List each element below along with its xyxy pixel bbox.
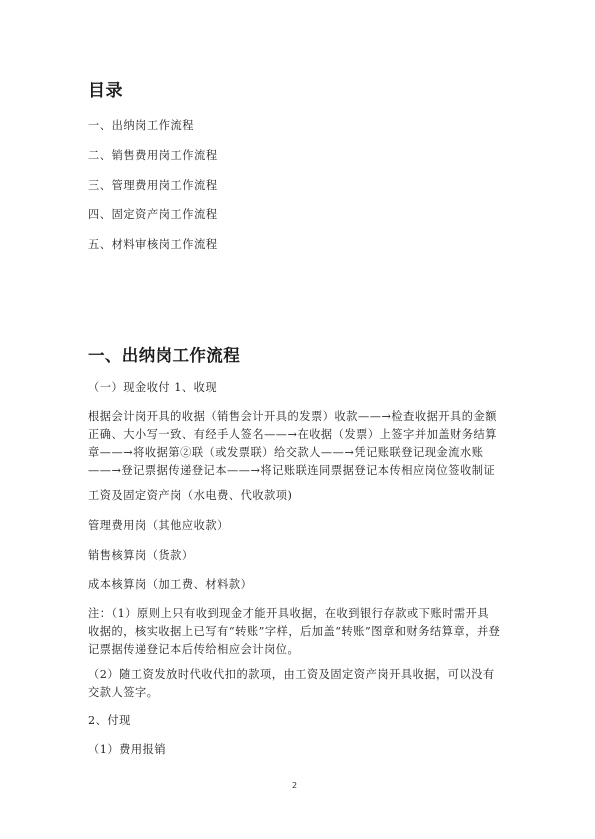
subheading: （一）现金收付 1、收现 bbox=[88, 379, 217, 397]
toc-item-2[interactable]: 二、销售费用岗工作流程 bbox=[88, 147, 218, 163]
post-admin-expenses: 管理费用岗（其他应收款） bbox=[88, 517, 229, 535]
toc-title: 目录 bbox=[88, 76, 123, 101]
flow-line-2: 正确、大小写一致、有经手人签名——→在收据（发票）上签字并加盖财务结算 bbox=[88, 426, 508, 444]
flow-paragraph: 根据会计岗开具的收据（销售会计开具的发票）收款——→检查收据开具的金额 正确、大… bbox=[88, 408, 508, 480]
toc-item-4[interactable]: 四、固定资产岗工作流程 bbox=[88, 206, 218, 222]
item-2-heading: 2、付现 bbox=[88, 712, 131, 730]
toc-item-1[interactable]: 一、出纳岗工作流程 bbox=[88, 117, 194, 133]
post-sales-accounting: 销售核算岗（货款） bbox=[88, 547, 194, 565]
document-page: 目录 一、出纳岗工作流程 二、销售费用岗工作流程 三、管理费用岗工作流程 四、固… bbox=[0, 0, 596, 839]
item-2-sub-1: （1）费用报销 bbox=[88, 741, 166, 759]
note-1-line-1: 注：（1）原则上只有收到现金才能开具收据，在收到银行存款或下账时需开具 bbox=[88, 605, 508, 623]
note-1-line-3: 记票据传递登记本后传给相应会计岗位。 bbox=[88, 641, 508, 659]
post-cost-accounting: 成本核算岗（加工费、材料款） bbox=[88, 576, 252, 594]
toc-item-3[interactable]: 三、管理费用岗工作流程 bbox=[88, 177, 218, 193]
flow-line-4: ——→登记票据传递登记本——→将记账联连同票据登记本传相应岗位签收制证 bbox=[88, 462, 508, 480]
section-heading: 一、出纳岗工作流程 bbox=[88, 342, 240, 366]
flow-line-3: 章——→将收据第②联（或发票联）给交款人——→凭记账联登记现金流水账 bbox=[88, 444, 508, 462]
note-1: 注：（1）原则上只有收到现金才能开具收据，在收到银行存款或下账时需开具 收据的，… bbox=[88, 605, 508, 659]
post-wages-fixed-assets: 工资及固定资产岗（水电费、代收款项) bbox=[88, 487, 292, 505]
flow-line-1: 根据会计岗开具的收据（销售会计开具的发票）收款——→检查收据开具的金额 bbox=[88, 408, 508, 426]
page-number: 2 bbox=[292, 781, 297, 790]
note-2: （2）随工资发放时代收代扣的款项，由工资及固定资产岗开具收据，可以没有 交款人签… bbox=[88, 666, 508, 702]
note-2-line-2: 交款人签字。 bbox=[88, 684, 508, 702]
toc-item-5[interactable]: 五、材料审核岗工作流程 bbox=[88, 236, 218, 252]
note-2-line-1: （2）随工资发放时代收代扣的款项，由工资及固定资产岗开具收据，可以没有 bbox=[88, 666, 508, 684]
note-1-line-2: 收据的，核实收据上已写有“转账”字样，后加盖“转账”图章和财务结算章，并登 bbox=[88, 623, 508, 641]
